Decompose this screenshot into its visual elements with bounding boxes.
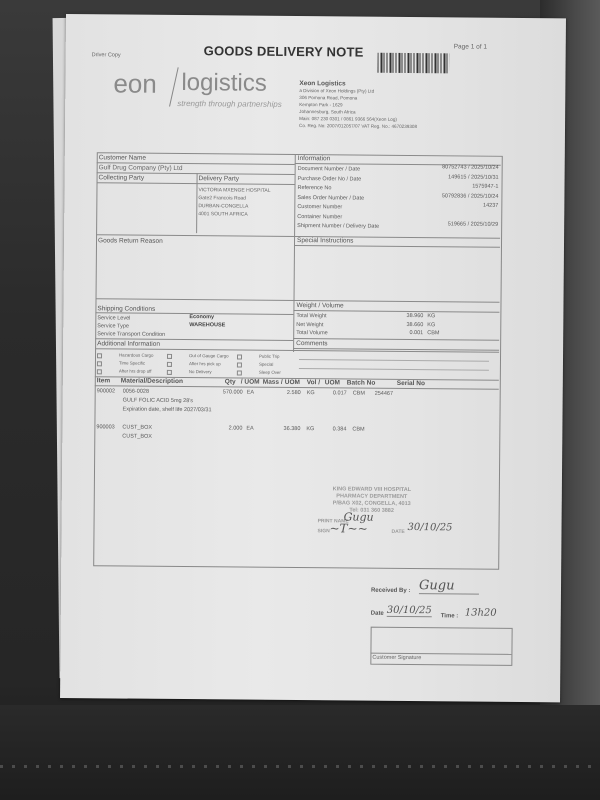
signature-mark: ~T~~: [329, 521, 367, 535]
info-row-value: 50792836 / 2025/10/24: [394, 192, 498, 199]
items-header-cell: Vol /: [307, 379, 320, 386]
delivery-party-address: VICTORIA MXENGE HOSPITAL Gate2 Francois …: [198, 186, 270, 219]
stamp-date-label: DATE: [391, 529, 404, 535]
shipping-row-label: Service Transport Condition: [97, 331, 165, 338]
items-header-cell: UOM: [285, 379, 300, 386]
barcode: [377, 53, 449, 74]
customer-name-value: Gulf Drug Company (Pty) Ltd: [99, 164, 183, 172]
customer-signature-label: Customer Signature: [372, 655, 421, 661]
item-number: 900003: [96, 424, 114, 430]
checkbox[interactable]: [237, 371, 242, 376]
items-header-cell: Serial No: [397, 380, 425, 387]
document-title: GOODS DELIVERY NOTE: [204, 43, 364, 59]
weight-row-unit: CBM: [427, 330, 439, 336]
copy-label: Driver Copy: [92, 52, 121, 58]
sign-label: SIGN: [317, 528, 329, 534]
additional-option-label: Special: [259, 362, 273, 367]
delivery-note-paper: Driver Copy GOODS DELIVERY NOTE Page 1 o…: [60, 14, 566, 702]
item-mass: 2.580: [261, 390, 301, 396]
comments-label: Comments: [296, 340, 327, 347]
info-row-value: 149615 / 2025/10/31: [395, 173, 499, 180]
additional-option-label: Hazardous Cargo: [119, 352, 153, 357]
weight-row-unit: KG: [427, 313, 435, 319]
item-batch: 254467: [375, 391, 393, 397]
weight-volume-label: Weight / Volume: [296, 302, 343, 309]
checkbox[interactable]: [97, 353, 102, 358]
item-description: CUST_BOX: [122, 434, 152, 440]
checkbox[interactable]: [167, 354, 172, 359]
items-header-cell: Mass /: [263, 379, 283, 386]
info-row-label: Shipment Number / Delivery Date: [297, 223, 379, 230]
background-seat: [0, 705, 600, 800]
item-vol: 0.384: [316, 426, 346, 432]
received-by-label: Received By :: [371, 588, 410, 594]
collecting-party-label: Collecting Party: [99, 174, 145, 181]
date-value: 30/10/25: [387, 605, 432, 617]
item-vol: 0.017: [317, 390, 347, 396]
weight-row-label: Net Weight: [296, 322, 323, 328]
page-indicator: Page 1 of 1: [454, 43, 487, 50]
item-material: 0056-0028: [123, 389, 149, 395]
info-row-value: 14237: [394, 202, 498, 209]
customer-name-label: Customer Name: [99, 154, 146, 161]
info-row-label: Purchase Order No / Date: [298, 176, 362, 183]
information-label: Information: [298, 155, 331, 162]
additional-information-label: Additional Information: [97, 340, 160, 348]
time-label: Time :: [441, 613, 459, 619]
item-qty: 2.000: [202, 425, 242, 431]
checkbox[interactable]: [167, 370, 172, 375]
shipping-row-value: Economy: [189, 314, 214, 320]
items-header-cell: / UOM: [241, 379, 260, 386]
company-address: Xeon Logistics a Division of Xeon Holdin…: [299, 80, 417, 130]
item-uom: EA: [247, 390, 254, 396]
logo-logistics: logistics: [181, 69, 267, 98]
shipping-row-label: Service Level: [97, 315, 130, 321]
weight-row-value: 38.660: [383, 321, 423, 327]
item-vol-uom: CBM: [352, 427, 364, 433]
delivery-party-label: Delivery Party: [199, 175, 240, 182]
item-mass: 36.380: [260, 426, 300, 432]
special-instructions-label: Special Instructions: [297, 237, 353, 244]
weight-row-value: 38.960: [383, 313, 423, 319]
additional-option-label: Out of Gauge Cargo: [189, 353, 229, 358]
additional-option-label: Sleep Over: [259, 370, 281, 375]
items-header-cell: Material/Description: [121, 377, 183, 385]
weight-row-value: 0.001: [383, 330, 423, 336]
additional-option-label: No Delivery: [189, 369, 212, 374]
time-value: 13h20: [465, 608, 497, 619]
items-header-cell: Batch No: [347, 379, 376, 386]
item-description: Expiration date, shelf life 2027/03/31: [123, 407, 212, 414]
items-header-cell: Qty: [225, 378, 236, 385]
additional-option-label: After hrs pick up: [189, 361, 221, 366]
item-qty: 570.000: [203, 389, 243, 395]
items-header-cell: UOM: [325, 379, 340, 386]
weight-row-label: Total Volume: [296, 330, 328, 336]
item-uom: EA: [246, 426, 253, 432]
items-header-cell: Item: [97, 377, 110, 384]
info-row-value: 80752743 / 2025/10/24: [395, 164, 499, 171]
additional-option-label: Time Specific: [119, 360, 145, 365]
weight-row-unit: KG: [427, 322, 435, 328]
date-label: Date: [371, 611, 384, 617]
logo-eon: eon: [113, 68, 157, 98]
shipping-row-value: WAREHOUSE: [189, 322, 225, 328]
info-row-label: Reference No: [297, 185, 331, 191]
info-row-value: 519665 / 2025/10/29: [394, 221, 498, 228]
shipping-row-label: Service Type: [97, 323, 129, 329]
checkbox[interactable]: [97, 369, 102, 374]
item-number: 900002: [97, 388, 115, 394]
checkbox[interactable]: [97, 361, 102, 366]
item-description: GULF FOLIC ACID 5mg 28's: [123, 398, 193, 405]
checkbox[interactable]: [167, 362, 172, 367]
additional-option-label: After hrs drop off: [119, 368, 152, 373]
info-row-label: Document Number / Date: [298, 166, 360, 173]
info-row-label: Customer Number: [297, 204, 342, 210]
info-row-value: 1575947-1: [394, 183, 498, 190]
item-vol-uom: CBM: [353, 391, 365, 397]
item-mass-uom: KG: [306, 426, 314, 432]
item-material: CUST_BOX: [122, 425, 152, 431]
company-line: Co. Reg. No: 2007/012057/07 VAT Reg. No.…: [299, 122, 417, 130]
background-seam: [0, 765, 600, 768]
additional-option-label: Public Trip: [259, 354, 280, 359]
item-mass-uom: KG: [307, 390, 315, 396]
checkbox[interactable]: [237, 363, 242, 368]
info-row-label: Sales Order Number / Date: [297, 195, 364, 202]
checkbox[interactable]: [237, 355, 242, 360]
received-by-value: Gugu: [419, 578, 479, 595]
company-logo: eon: [113, 68, 157, 99]
stamp-date-value: 30/10/25: [407, 522, 452, 533]
weight-row-label: Total Weight: [296, 313, 326, 319]
logo-tagline: strength through partnerships: [177, 99, 282, 109]
goods-return-reason-label: Goods Return Reason: [98, 237, 163, 245]
info-row-label: Container Number: [297, 214, 342, 220]
delivery-line: 4001 SOUTH AFRICA: [198, 210, 270, 219]
